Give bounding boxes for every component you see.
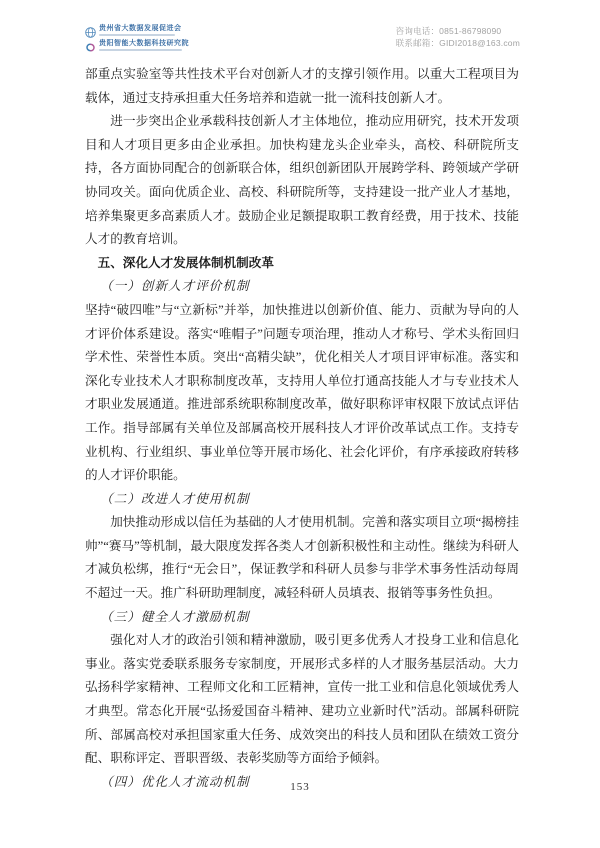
logo-institute-name: 贵阳智能大数据科技研究院 xyxy=(99,40,189,48)
paragraph: 部重点实验室等共性技术平台对创新人才的支撑引领作用。以重大工程项目为载体，通过支… xyxy=(85,63,519,110)
document-page: 贵州省大数据发展促进会 贵阳智能大数据科技研究院 咨询电话：0851-867 xyxy=(0,0,600,848)
logo-institute-english-caption xyxy=(99,49,182,51)
subsection-heading: （二）改进人才使用机制 xyxy=(85,488,519,512)
page-number: 153 xyxy=(0,781,600,793)
section-heading: 五、深化人才发展体制机制改革 xyxy=(85,252,519,276)
letterhead: 贵州省大数据发展促进会 贵阳智能大数据科技研究院 咨询电话：0851-867 xyxy=(85,25,520,51)
contact-email: 联系邮箱：GIDI2018@163.com xyxy=(396,37,520,49)
logo-institute: 贵阳智能大数据科技研究院 xyxy=(85,40,189,51)
paragraph: 强化对人才的政治引领和精神激励，吸引更多优秀人才投身工业和信息化事业。落实党委联… xyxy=(85,629,519,771)
swirl-icon xyxy=(85,40,96,51)
logo-stack: 贵州省大数据发展促进会 贵阳智能大数据科技研究院 xyxy=(85,25,189,51)
logo-association-english-caption xyxy=(99,34,175,36)
contact-info: 咨询电话：0851-86798090 联系邮箱：GIDI2018@163.com xyxy=(396,25,520,49)
logo-association-text: 贵州省大数据发展促进会 xyxy=(99,25,182,36)
subsection-heading: （一）创新人才评价机制 xyxy=(85,275,519,299)
logo-institute-text: 贵阳智能大数据科技研究院 xyxy=(99,40,189,51)
paragraph: 加快推动形成以信任为基础的人才使用机制。完善和落实项目立项“揭榜挂帅”“赛马”等… xyxy=(85,511,519,605)
paragraph: 进一步突出企业承载科技创新人才主体地位，推动应用研究，技术开发项目和人才项目更多… xyxy=(85,110,519,252)
paragraph: 坚持“破四唯”与“立新标”并举，加快推进以创新价值、能力、贡献为导向的人才评价体… xyxy=(85,299,519,488)
contact-phone: 咨询电话：0851-86798090 xyxy=(396,25,520,37)
document-body: 部重点实验室等共性技术平台对创新人才的支撑引领作用。以重大工程项目为载体，通过支… xyxy=(85,63,519,794)
logo-association-name: 贵州省大数据发展促进会 xyxy=(99,25,182,33)
globe-icon xyxy=(85,25,96,36)
logo-association: 贵州省大数据发展促进会 xyxy=(85,25,189,36)
subsection-heading: （三）健全人才激励机制 xyxy=(85,606,519,630)
